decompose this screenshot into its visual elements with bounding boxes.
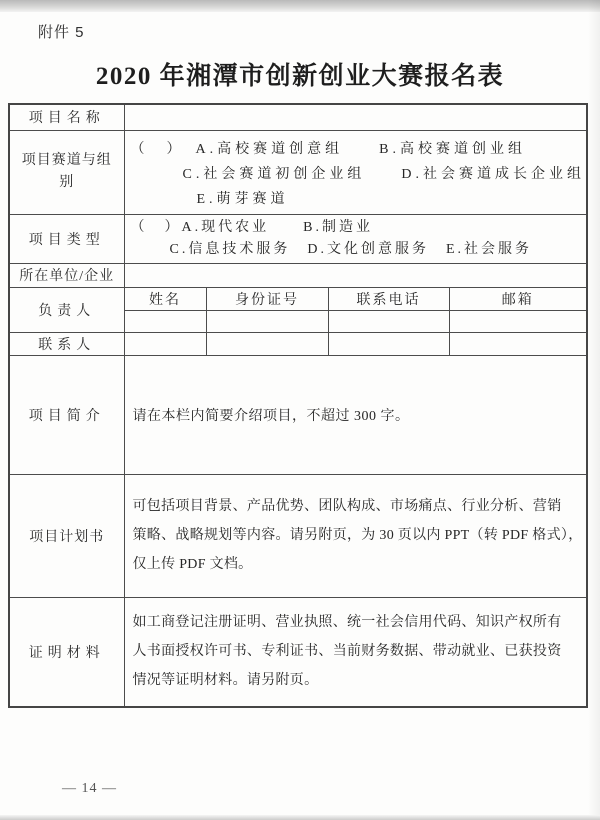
row-organization: 所在单位/企业 (9, 263, 587, 287)
track-label: 项目赛道与组 别 (9, 130, 124, 214)
organization-label: 所在单位/企业 (9, 263, 124, 287)
contact-phone-cell (328, 332, 449, 355)
leader-id-cell (206, 310, 328, 332)
project-name-input-cell (124, 104, 587, 130)
project-intro-hint: 请在本栏内简要介绍项目，不超过 300 字。 (124, 355, 587, 474)
row-evidence-materials: 证明材料 如工商登记注册证明、营业执照、统一社会信用代码、知识产权所有 人书面授… (9, 597, 587, 707)
track-option-line-1: （ ） A.高校赛道创意组 B.高校赛道创业组 (131, 137, 583, 162)
row-contact: 联系人 (9, 332, 587, 355)
track-option-line-2: C.社会赛道初创企业组 D.社会赛道成长企业组 (131, 162, 583, 187)
leader-name-cell (124, 310, 206, 332)
scan-edge-bottom (0, 815, 600, 820)
project-intro-label: 项目简介 (9, 355, 124, 474)
plan-text-line-3: 仅上传 PDF 文档。 (133, 550, 579, 579)
scan-edge-right (588, 0, 600, 820)
project-name-label: 项目名称 (9, 104, 124, 130)
contact-id-cell (206, 332, 328, 355)
row-project-type: 项目类型 （ ）A.现代农业 B.制造业 C.信息技术服务 D.文化创意服务 E… (9, 214, 587, 263)
column-header-email: 邮箱 (449, 287, 587, 310)
evidence-text-line-3: 情况等证明材料。请另附页。 (133, 666, 579, 695)
business-plan-label: 项目计划书 (9, 474, 124, 597)
type-option-line-2: C.信息技术服务 D.文化创意服务 E.社会服务 (131, 239, 583, 261)
row-leader-columns: 负责人 姓名 身份证号 联系电话 邮箱 (9, 287, 587, 310)
evidence-hint: 如工商登记注册证明、营业执照、统一社会信用代码、知识产权所有 人书面授权许可书、… (124, 597, 587, 707)
plan-text-line-1: 可包括项目背景、产品优势、团队构成、市场痛点、行业分析、营销 (133, 492, 579, 521)
page-title: 2020 年湘潭市创新创业大赛报名表 (0, 56, 600, 92)
type-option-line-1: （ ）A.现代农业 B.制造业 (131, 217, 583, 239)
leader-phone-cell (328, 310, 449, 332)
page-number: — 14 — (62, 781, 117, 797)
scanned-document-page: 附件 5 2020 年湘潭市创新创业大赛报名表 项目名称 项目赛道与组 别 （ … (0, 0, 600, 820)
registration-form-table: 项目名称 项目赛道与组 别 （ ） A.高校赛道创意组 B.高校赛道创业组 C.… (8, 103, 588, 708)
contact-label: 联系人 (9, 332, 124, 355)
contact-email-cell (449, 332, 587, 355)
evidence-text-line-1: 如工商登记注册证明、营业执照、统一社会信用代码、知识产权所有 (133, 608, 579, 637)
project-type-label: 项目类型 (9, 214, 124, 263)
leader-email-cell (449, 310, 587, 332)
leader-label: 负责人 (9, 287, 124, 332)
evidence-label: 证明材料 (9, 597, 124, 707)
scan-edge-top (0, 0, 600, 12)
column-header-phone: 联系电话 (328, 287, 449, 310)
column-header-name: 姓名 (124, 287, 206, 310)
track-option-line-3: E.萌芽赛道 (131, 187, 583, 212)
column-header-id-number: 身份证号 (206, 287, 328, 310)
attachment-label: 附件 5 (38, 21, 85, 42)
row-project-intro: 项目简介 请在本栏内简要介绍项目，不超过 300 字。 (9, 355, 587, 474)
type-options-cell: （ ）A.现代农业 B.制造业 C.信息技术服务 D.文化创意服务 E.社会服务 (124, 214, 587, 263)
business-plan-hint: 可包括项目背景、产品优势、团队构成、市场痛点、行业分析、营销 策略、战略规划等内… (124, 474, 587, 597)
track-options-cell: （ ） A.高校赛道创意组 B.高校赛道创业组 C.社会赛道初创企业组 D.社会… (124, 130, 587, 214)
contact-name-cell (124, 332, 206, 355)
row-project-name: 项目名称 (9, 104, 587, 130)
row-business-plan: 项目计划书 可包括项目背景、产品优势、团队构成、市场痛点、行业分析、营销 策略、… (9, 474, 587, 597)
row-track-and-group: 项目赛道与组 别 （ ） A.高校赛道创意组 B.高校赛道创业组 C.社会赛道初… (9, 130, 587, 214)
plan-text-line-2: 策略、战略规划等内容。请另附页，为 30 页以内 PPT（转 PDF 格式）， (133, 521, 579, 550)
organization-input-cell (124, 263, 587, 287)
evidence-text-line-2: 人书面授权许可书、专利证书、当前财务数据、带动就业、已获投资 (133, 637, 579, 666)
